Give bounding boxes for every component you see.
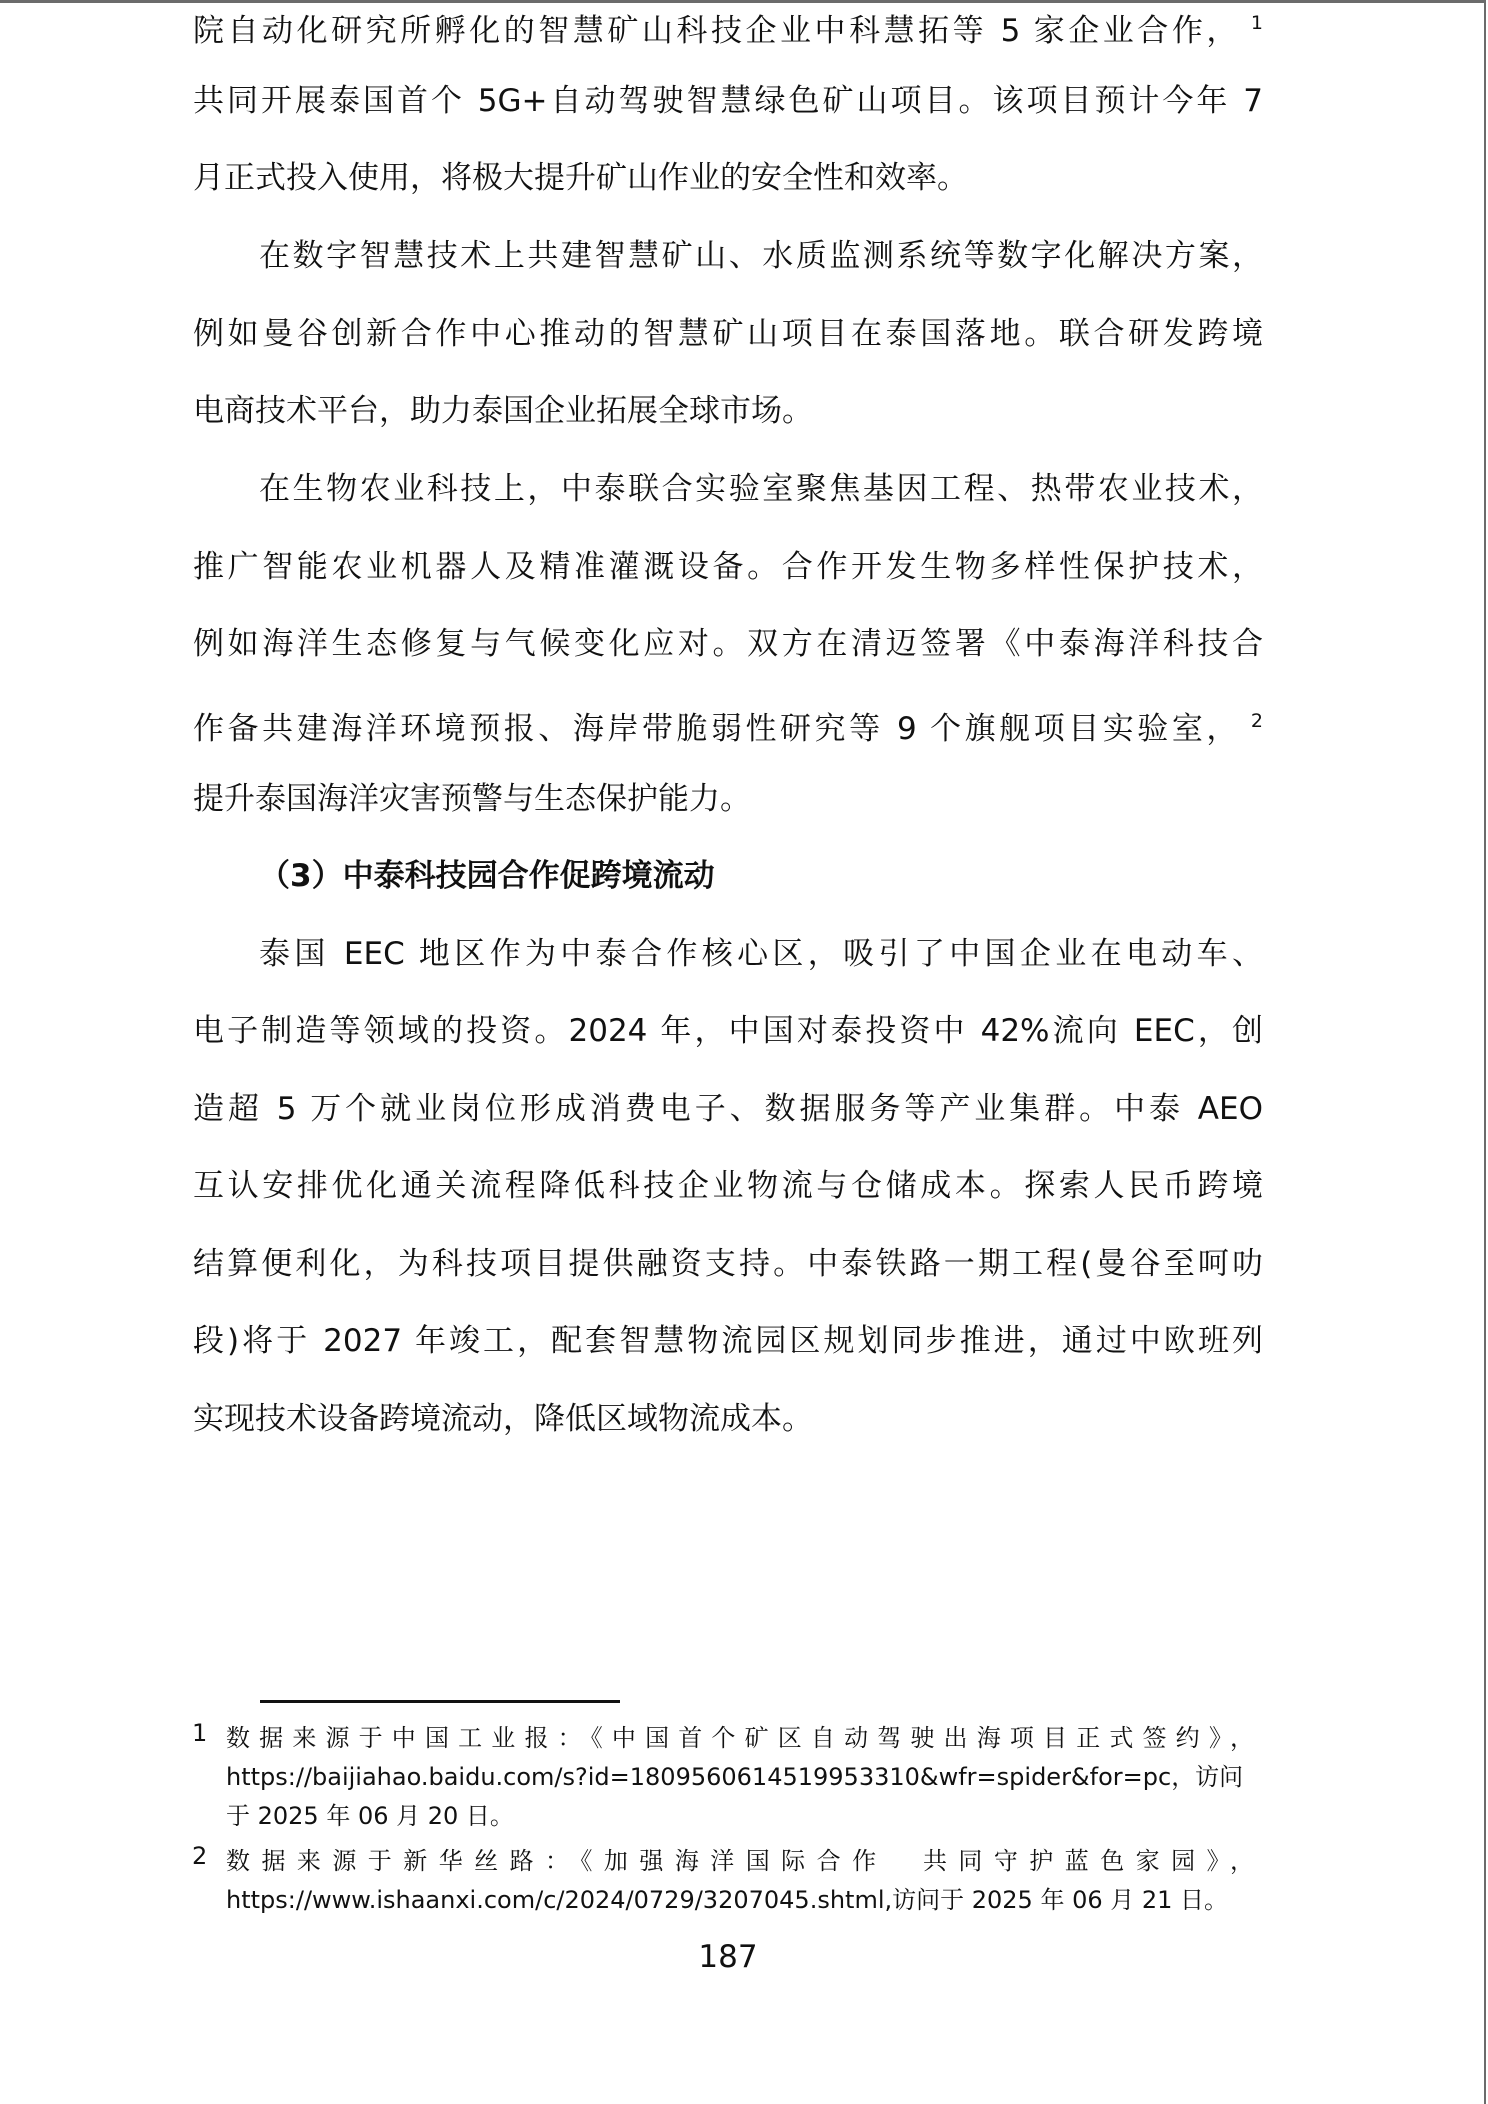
text-line: 段)将于 2027 年竣工，配套智慧物流园区规划同步推进，通过中欧班列 — [193, 1321, 1263, 1361]
footnote-number: 1 — [192, 1719, 218, 1747]
text-line: 推广智能农业机器人及精准灌溉设备。合作开发生物多样性保护技术， — [193, 547, 1263, 587]
text-line: 实现技术设备跨境流动，降低区域物流成本。 — [193, 1399, 813, 1439]
text-line: 院自动化研究所孵化的智慧矿山科技企业中科慧拓等 5 家企业合作，1 — [193, 3, 1263, 43]
text-line: 电商技术平台，助力泰国企业拓展全球市场。 — [193, 391, 813, 431]
text-line: 互认安排优化通关流程降低科技企业物流与仓储成本。探索人民币跨境 — [193, 1166, 1263, 1206]
footnote-link[interactable]: https://www.ishaanxi.com/c/2024/0729/320… — [192, 1881, 1272, 1920]
line-text: 院自动化研究所孵化的智慧矿山科技企业中科慧拓等 5 家企业合作， — [193, 13, 1241, 49]
text-line: 泰国 EEC 地区作为中泰合作核心区，吸引了中国企业在电动车、 — [259, 934, 1263, 974]
text-line: 提升泰国海洋灾害预警与生态保护能力。 — [193, 779, 751, 819]
text-line: 在生物农业科技上，中泰联合实验室聚焦基因工程、热带农业技术， — [259, 469, 1263, 509]
footnote-line: 数据来源于新华丝路：《加强海洋国际合作 共同守护蓝色家园》， — [192, 1842, 1254, 1881]
text-line: 月正式投入使用，将极大提升矿山作业的安全性和效率。 — [193, 158, 968, 198]
footnote-2: 2 数据来源于新华丝路：《加强海洋国际合作 共同守护蓝色家园》， https:/… — [192, 1842, 1272, 1920]
footnotes: 1 数据来源于中国工业报：《中国首个矿区自动驾驶出海项目正式签约》， https… — [192, 1719, 1272, 1926]
footnote-number: 2 — [192, 1842, 218, 1870]
text-line: 例如曼谷创新合作中心推动的智慧矿山项目在泰国落地。联合研发跨境 — [193, 314, 1263, 354]
line-text: 作备共建海洋环境预报、海岸带脆弱性研究等 9 个旗舰项目实验室， — [193, 711, 1241, 747]
text-line: 造超 5 万个就业岗位形成消费电子、数据服务等产业集群。中泰 AEO — [193, 1089, 1263, 1129]
text-line: 电子制造等领域的投资。2024 年，中国对泰投资中 42%流向 EEC，创 — [193, 1011, 1263, 1051]
text-line: 例如海洋生态修复与气候变化应对。双方在清迈签署《中泰海洋科技合 — [193, 624, 1263, 664]
footnote-divider — [260, 1700, 620, 1703]
page-number: 187 — [0, 1939, 1456, 1975]
text-line: 结算便利化，为科技项目提供融资支持。中泰铁路一期工程(曼谷至呵叻 — [193, 1244, 1263, 1284]
footnote-1: 1 数据来源于中国工业报：《中国首个矿区自动驾驶出海项目正式签约》， https… — [192, 1719, 1272, 1836]
text-line: 作备共建海洋环境预报、海岸带脆弱性研究等 9 个旗舰项目实验室，2 — [193, 701, 1263, 741]
footnote-line: 于 2025 年 06 月 20 日。 — [192, 1797, 1272, 1836]
document-page: 院自动化研究所孵化的智慧矿山科技企业中科慧拓等 5 家企业合作，1 共同开展泰国… — [0, 0, 1486, 2104]
footnote-link[interactable]: https://baijiahao.baidu.com/s?id=1809560… — [192, 1758, 1272, 1797]
footnote-ref-2[interactable]: 2 — [1251, 710, 1263, 732]
footnote-ref-1[interactable]: 1 — [1251, 12, 1263, 34]
footnote-line: 数据来源于中国工业报：《中国首个矿区自动驾驶出海项目正式签约》， — [192, 1719, 1254, 1758]
section-heading: （3）中泰科技园合作促跨境流动 — [259, 856, 715, 896]
text-line: 在数字智慧技术上共建智慧矿山、水质监测系统等数字化解决方案， — [259, 236, 1263, 276]
text-line: 共同开展泰国首个 5G+自动驾驶智慧绿色矿山项目。该项目预计今年 7 — [193, 81, 1263, 121]
